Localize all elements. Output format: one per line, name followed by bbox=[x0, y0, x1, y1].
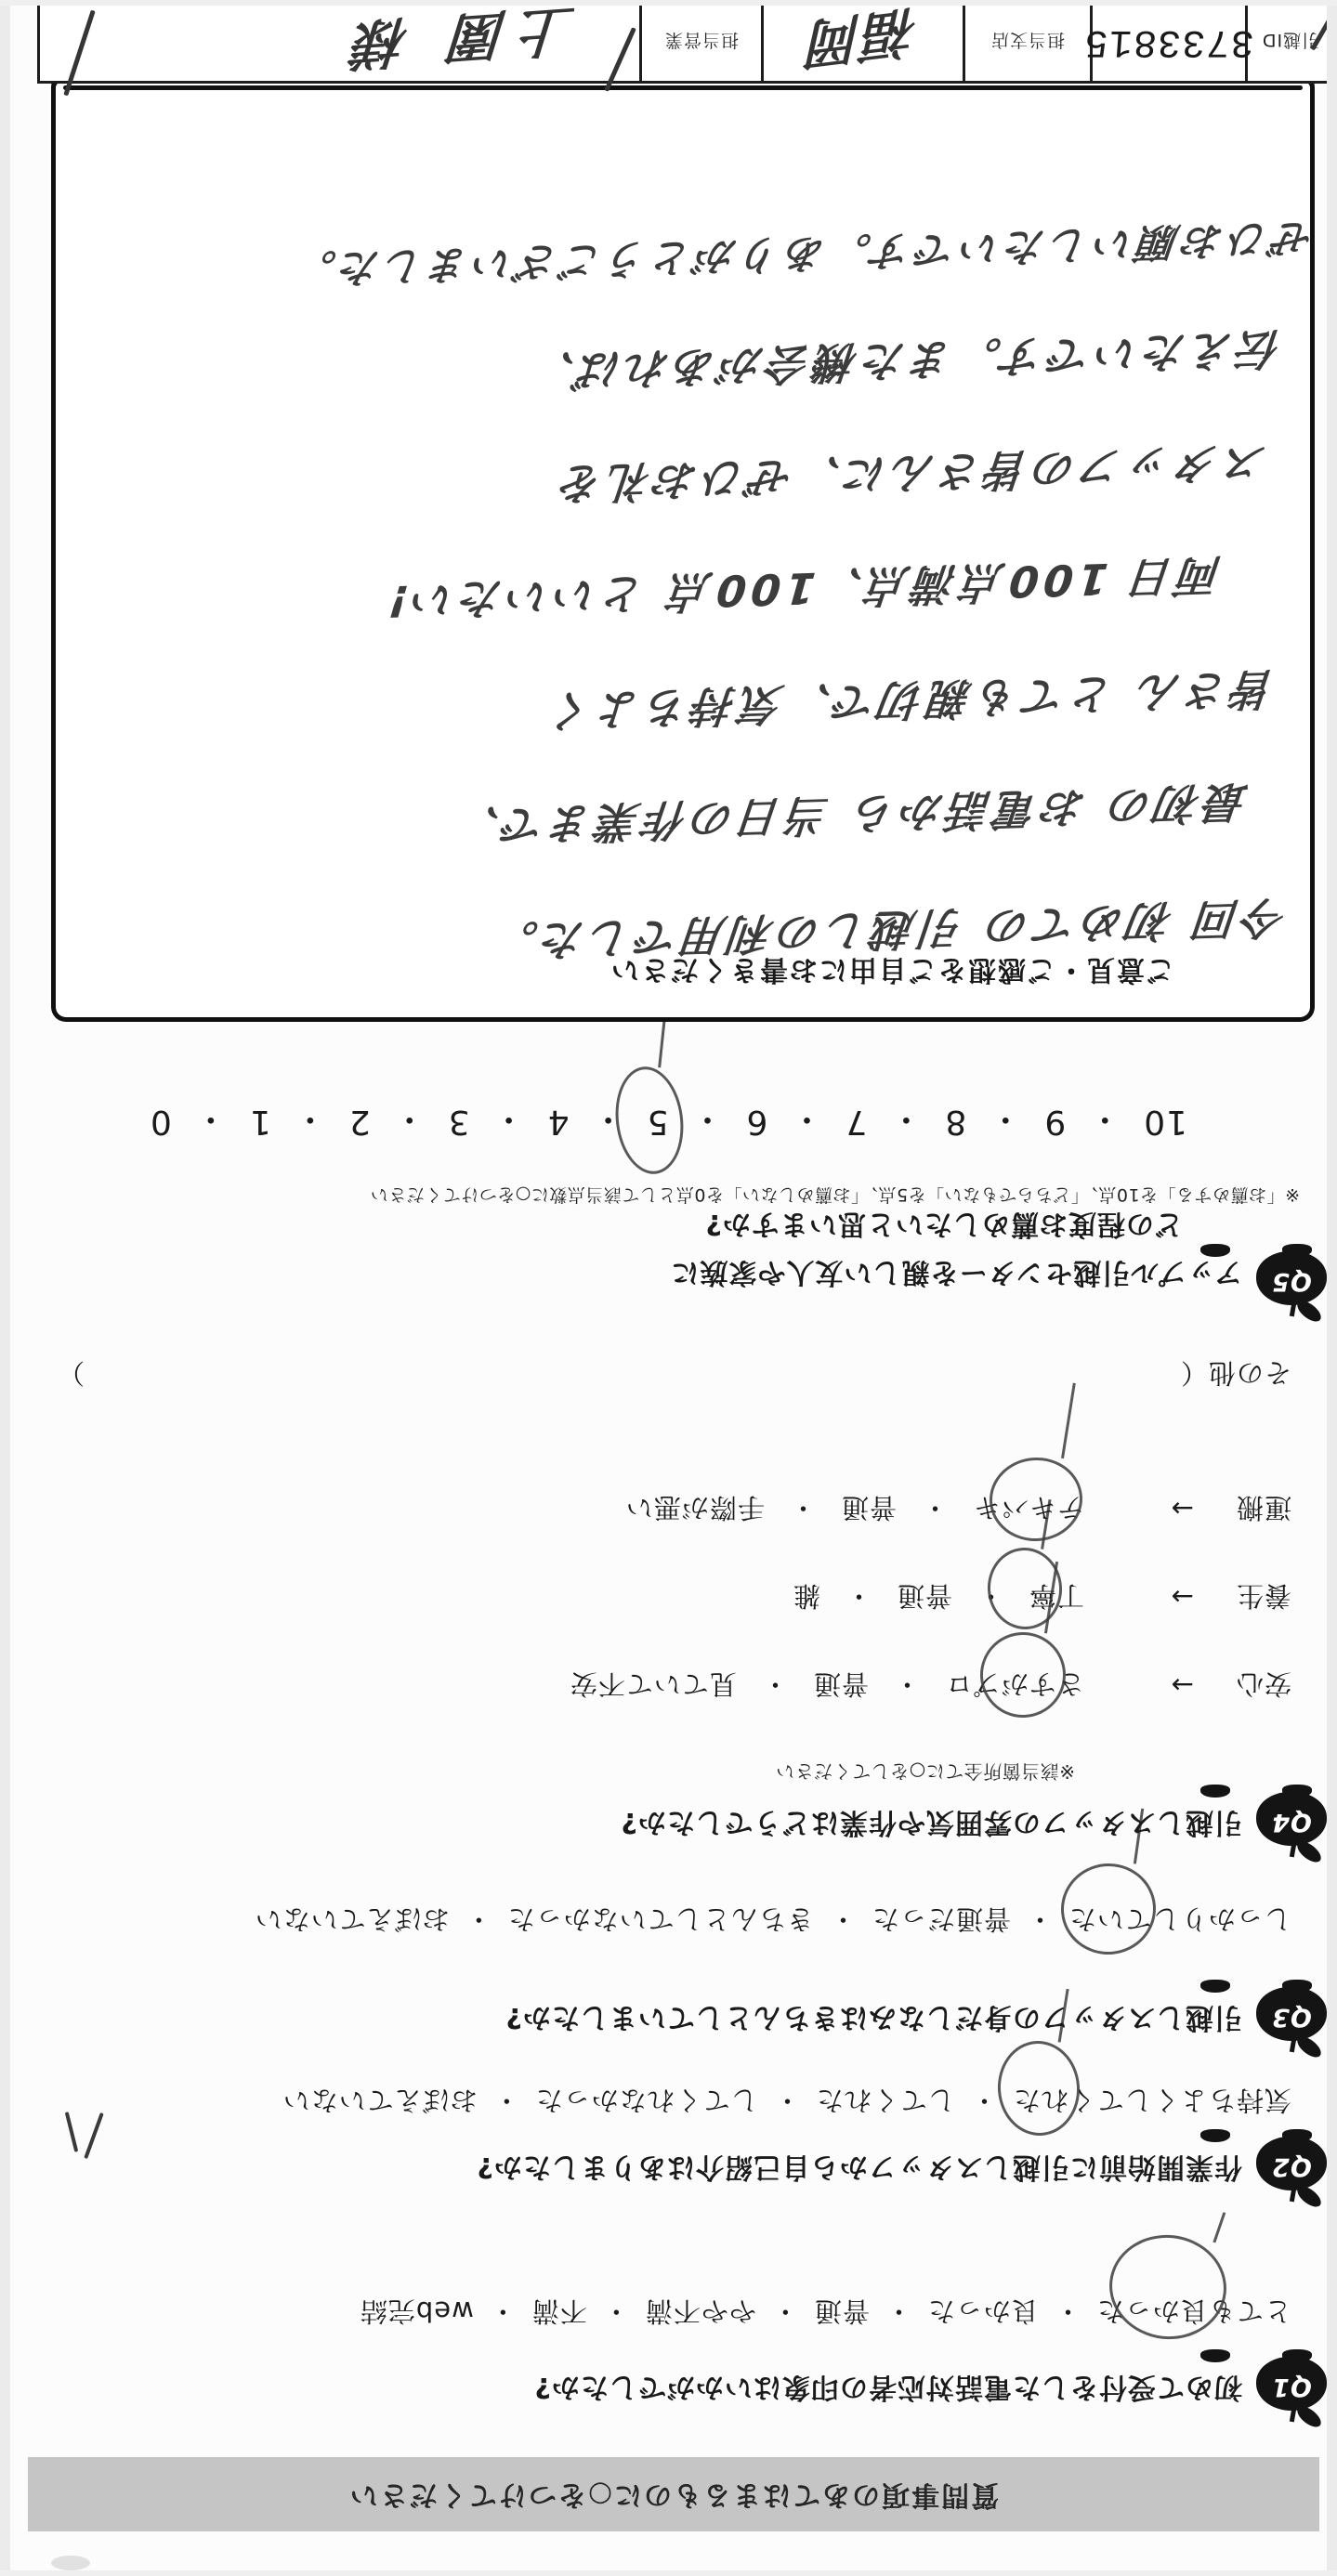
handwriting-line: ぜひお願いしたいです。ありがとうございました。 bbox=[288, 212, 1316, 301]
handwriting-line: 伝えたいです。また機会があれば、 bbox=[524, 320, 1284, 406]
scale-number: 9 bbox=[1043, 1103, 1066, 1141]
option: 雑 bbox=[793, 1578, 820, 1616]
option: きちんとしていなかった bbox=[507, 1902, 814, 1940]
sales-handwritten-value: 上園 様 bbox=[339, 0, 577, 89]
scale-separator: ・ bbox=[1087, 1098, 1121, 1145]
option-separator: ・ bbox=[893, 1667, 921, 1705]
option-separator: ・ bbox=[977, 1578, 1004, 1616]
apple-stem-icon bbox=[1290, 1303, 1296, 1317]
option: おぼえていない bbox=[255, 1902, 450, 1940]
branch-handwritten-value: 福岡 bbox=[807, 0, 920, 88]
q5-text-line1: アップル引越センターを親しい友人や家族に bbox=[671, 1255, 1243, 1296]
option: 普通 bbox=[897, 1578, 952, 1616]
q4-note: ※該当箇所全てに○をしてください bbox=[776, 1759, 1075, 1786]
option: してくれた bbox=[816, 2083, 955, 2121]
stray-pen-mark bbox=[84, 2112, 104, 2159]
q3-text: 引越しスタッフの身だしなみはきちんとしていましたか? bbox=[505, 2000, 1242, 2041]
q5-note: ※「お薦めする」を10点、「どちらでもない」を5点、「お薦めしない」を0点として… bbox=[370, 1183, 1300, 1209]
option-label: テキパキ bbox=[973, 1492, 1084, 1523]
apple-stem-icon bbox=[1290, 1844, 1296, 1858]
move-id-value-cell: 3733815 bbox=[1090, 3, 1245, 81]
option-circled: 気持ちよくしてくれた bbox=[1013, 2083, 1291, 2121]
q4-row-anshin: 安心 → さすがプロ ・ 普通 ・ 見ていて不安 bbox=[570, 1667, 1291, 1705]
option-circled: さすがプロ bbox=[945, 1667, 1084, 1705]
apple-stem-icon bbox=[1290, 2039, 1296, 2053]
option-separator: ・ bbox=[1026, 1902, 1054, 1940]
option: 不満 bbox=[531, 2294, 587, 2332]
comment-box: ご意見・ご感想をご自由にお書きください 今回 初めての 引越しの利用でした。 最… bbox=[51, 72, 1315, 1022]
option-circled: しっかりしていた bbox=[1068, 1902, 1291, 1940]
option-separator: ・ bbox=[1054, 2294, 1081, 2332]
q1-options: とても良かった ・ 良かった ・ 普通 ・ やや不満 ・ 不満 ・ web完結 bbox=[360, 2294, 1291, 2332]
option-label: しっかりしていた bbox=[1068, 1903, 1291, 1935]
option-label: 丁寧 bbox=[1029, 1580, 1084, 1612]
q4-badge-label: Q4 bbox=[1256, 1808, 1327, 1837]
pen-flourish bbox=[63, 10, 95, 97]
scanned-survey-sheet: 質問事項のあてはまるものに○をつけてください Q1 初めて受付をした電話対応者の… bbox=[0, 0, 1337, 2576]
q3-options: しっかりしていた ・ 普通だった ・ きちんとしていなかった ・ おぼえていない bbox=[255, 1902, 1291, 1940]
option-separator: ・ bbox=[885, 2294, 912, 2332]
option-separator: ・ bbox=[829, 1902, 857, 1940]
option-circled: テキパキ bbox=[973, 1490, 1084, 1528]
branch-value-cell: 福岡 bbox=[761, 3, 963, 81]
arrow-icon: → bbox=[1084, 1670, 1194, 1702]
row-label: 養生 bbox=[1194, 1578, 1291, 1616]
option: おぼえていない bbox=[282, 2083, 478, 2121]
option-circled: とても良かった bbox=[1096, 2294, 1291, 2332]
move-id-value: 3733815 bbox=[1082, 20, 1256, 64]
scale-number: 4 bbox=[547, 1103, 570, 1141]
q4-other-open: その他（ bbox=[1180, 1355, 1291, 1393]
option-separator: ・ bbox=[789, 1490, 817, 1528]
q4-text: 引越しスタッフの雰囲気や作業はどうでしたか? bbox=[621, 1805, 1242, 1846]
q3-badge-label: Q3 bbox=[1256, 2003, 1327, 2032]
option: してくれなかった bbox=[535, 2083, 758, 2121]
option-circled: 丁寧 bbox=[1029, 1578, 1084, 1616]
scale-number: 7 bbox=[845, 1103, 867, 1141]
scale-separator: ・ bbox=[789, 1098, 823, 1145]
handwriting-line: 最初の お電話から 当日の作業まで、 bbox=[449, 774, 1251, 860]
move-id-label: 引越ID bbox=[1262, 30, 1319, 55]
q5-apple-badge: Q5 bbox=[1254, 1249, 1329, 1316]
row-label: 運搬 bbox=[1194, 1490, 1291, 1528]
option: 普通 bbox=[813, 1667, 869, 1705]
stray-pen-mark bbox=[65, 2112, 79, 2152]
q2-text: 作業開始前に引越しスタッフから自己紹介はありましたか? bbox=[477, 2150, 1242, 2190]
scale-separator: ・ bbox=[690, 1098, 725, 1145]
option-separator: ・ bbox=[492, 2083, 520, 2121]
q3-apple-badge: Q3 bbox=[1254, 1985, 1329, 2052]
option: 普通 bbox=[814, 2294, 870, 2332]
q2-badge-label: Q2 bbox=[1256, 2152, 1327, 2181]
scale-separator: ・ bbox=[392, 1098, 426, 1145]
option: 普通 bbox=[841, 1490, 897, 1528]
handwriting-line: 皆さん とても親切で、気持ちよく bbox=[544, 660, 1278, 745]
q1-text: 初めて受付をした電話対応者の印象はいかがでしたか? bbox=[534, 2370, 1242, 2411]
q5-score-scale: 10 ・ 9 ・ 8 ・ 7 ・ 6 ・ 5 ・ 4 ・ 3 ・ 2 ・ 1 ・… bbox=[0, 1098, 1337, 1145]
comment-box-double-border bbox=[63, 85, 1303, 90]
scale-separator: ・ bbox=[193, 1098, 228, 1145]
q4-other-close: ） bbox=[58, 1355, 85, 1393]
row-label: 安心 bbox=[1194, 1667, 1291, 1705]
branch-label: 担当支店 bbox=[990, 30, 1065, 55]
scale-separator: ・ bbox=[492, 1098, 526, 1145]
sales-label-cell: 担当営業 bbox=[639, 3, 761, 81]
option-separator: ・ bbox=[771, 2294, 799, 2332]
q5-badge-label: Q5 bbox=[1256, 1267, 1327, 1296]
option: web完結 bbox=[360, 2294, 474, 2332]
option-separator: ・ bbox=[602, 2294, 630, 2332]
scan-smudge bbox=[51, 2556, 90, 2570]
sales-label: 担当営業 bbox=[664, 30, 739, 55]
q4-apple-badge: Q4 bbox=[1254, 1790, 1329, 1857]
handwriting-line: 両日 100点満点、100点 といいたい! bbox=[381, 547, 1225, 635]
apple-stem-icon bbox=[1290, 2409, 1296, 2423]
handwriting-line: スタッフの皆さんに、ぜひお礼を bbox=[553, 434, 1269, 517]
option-separator: ・ bbox=[465, 1902, 492, 1940]
q2-apple-badge: Q2 bbox=[1254, 2135, 1329, 2202]
option: 手際が悪い bbox=[625, 1490, 765, 1528]
option-label: とても良かった bbox=[1096, 2295, 1291, 2327]
scale-number: 0 bbox=[150, 1103, 172, 1141]
scale-number: 2 bbox=[348, 1103, 371, 1141]
upside-down-form: 質問事項のあてはまるものに○をつけてください Q1 初めて受付をした電話対応者の… bbox=[0, 0, 1337, 2576]
scale-number: 6 bbox=[746, 1103, 768, 1141]
scan-edge-right bbox=[1327, 0, 1337, 2576]
scale-separator: ・ bbox=[988, 1098, 1022, 1145]
option-separator: ・ bbox=[970, 2083, 998, 2121]
instruction-bar: 質問事項のあてはまるものに○をつけてください bbox=[28, 2457, 1319, 2531]
q2-options: 気持ちよくしてくれた ・ してくれた ・ してくれなかった ・ おぼえていない bbox=[282, 2083, 1291, 2121]
scale-separator: ・ bbox=[591, 1098, 625, 1145]
option-label: さすがプロ bbox=[945, 1668, 1084, 1700]
scale-number: 1 bbox=[249, 1103, 271, 1141]
option-label: 気持ちよくしてくれた bbox=[1013, 2085, 1291, 2116]
option: 良かった bbox=[927, 2294, 1039, 2332]
option-separator: ・ bbox=[489, 2294, 517, 2332]
option: 普通だった bbox=[872, 1902, 1011, 1940]
arrow-icon: → bbox=[1084, 1494, 1194, 1525]
q4-row-yojo: 養生 → 丁寧 ・ 普通 ・ 雑 bbox=[793, 1578, 1291, 1616]
q1-apple-badge: Q1 bbox=[1254, 2355, 1329, 2422]
scale-number: 10 bbox=[1143, 1103, 1187, 1141]
apple-stem-icon bbox=[1290, 2189, 1296, 2203]
option-separator: ・ bbox=[845, 1578, 872, 1616]
q5-text-line2: どの程度お薦めしたいと思いますか? bbox=[705, 1207, 1183, 1248]
option-separator: ・ bbox=[773, 2083, 801, 2121]
scan-edge-top bbox=[0, 0, 1337, 6]
option-separator: ・ bbox=[921, 1490, 949, 1528]
hand-circle-mark bbox=[1104, 2229, 1231, 2346]
footer-id-table: 引越ID 3733815 担当支店 福岡 担当営業 上園 様 bbox=[37, 0, 1336, 84]
arrow-icon: → bbox=[1084, 1582, 1194, 1614]
q4-row-unpan: 運搬 → テキパキ ・ 普通 ・ 手際が悪い bbox=[625, 1490, 1291, 1528]
scale-number-circled: 5 bbox=[647, 1103, 669, 1141]
sales-value-cell: 上園 様 bbox=[40, 3, 639, 81]
option: 見ていて不安 bbox=[570, 1667, 737, 1705]
scale-separator: ・ bbox=[293, 1098, 327, 1145]
branch-label-cell: 担当支店 bbox=[963, 3, 1090, 81]
move-id-label-cell: 引越ID bbox=[1245, 3, 1333, 81]
option-separator: ・ bbox=[761, 1667, 789, 1705]
pen-flourish bbox=[604, 27, 636, 92]
option: やや不満 bbox=[645, 2294, 756, 2332]
scale-number: 8 bbox=[944, 1103, 966, 1141]
q1-badge-label: Q1 bbox=[1256, 2373, 1327, 2401]
scan-edge-left bbox=[0, 0, 10, 2576]
scan-edge-bottom bbox=[0, 2570, 1337, 2576]
scale-separator: ・ bbox=[888, 1098, 923, 1145]
scale-number: 3 bbox=[448, 1103, 470, 1141]
